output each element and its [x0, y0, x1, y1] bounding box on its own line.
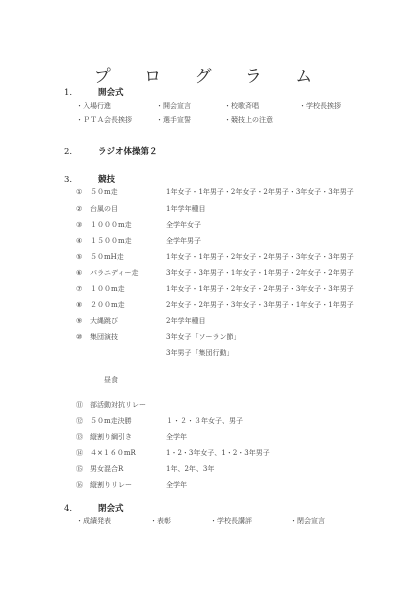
event-name: ５０mH走 — [90, 252, 166, 262]
event-target: 1年、2年、3年 — [166, 464, 214, 474]
event-row: ②台風の目1年学年種目 — [76, 204, 205, 216]
opening-item: ・学校長挨拶 — [299, 101, 341, 111]
event-name: 集団演技 — [90, 332, 166, 342]
section-4-heading: 4.閉会式 — [64, 502, 124, 514]
event-name: １００m走 — [90, 284, 166, 294]
section-label: ラジオ体操第２ — [98, 147, 158, 157]
event-number: ① — [76, 188, 90, 196]
event-target: 全学年女子 — [166, 220, 201, 230]
event-number: ④ — [76, 237, 90, 245]
closing-item: ・成績発表 — [76, 516, 111, 526]
section-number: 1. — [64, 88, 98, 98]
section-label: 開会式 — [98, 88, 124, 98]
event-name: ２００m走 — [90, 300, 166, 310]
opening-item: ・選手宣誓 — [156, 115, 191, 125]
event-row: ⑥パラニディー走3年女子・3年男子・1年女子・1年男子・2年女子・2年男子 — [76, 268, 354, 280]
event-target: 1年女子・1年男子・2年女子・2年男子・3年女子・3年男子 — [166, 187, 354, 197]
event-row: ⑦１００m走1年女子・1年男子・2年女子・2年男子・3年女子・3年男子 — [76, 284, 354, 296]
event-number: ⑯ — [76, 480, 90, 490]
event-name: ５０m走 — [90, 187, 166, 197]
event-target: 2年女子・2年男子・3年女子・3年男子・1年女子・1年男子 — [166, 300, 354, 310]
section-number: 4. — [64, 504, 98, 514]
event-number: ⑬ — [76, 432, 90, 442]
section-number: 2. — [64, 147, 98, 157]
event-target: 全学年 — [166, 480, 187, 490]
event-row: ③１０００m走全学年女子 — [76, 220, 201, 232]
event-target: 全学年男子 — [166, 236, 201, 246]
event-target: 3年女子「ソーラン節」 — [166, 332, 240, 342]
event-target: 全学年 — [166, 432, 187, 442]
event-name: 大縄跳び — [90, 316, 166, 326]
section-1-heading: 1.開会式 — [64, 86, 124, 98]
event-row: ⑮男女混合R1年、2年、3年 — [76, 464, 214, 476]
event-number: ⑨ — [76, 317, 90, 325]
closing-item: ・表彰 — [150, 516, 171, 526]
section-label: 閉会式 — [98, 504, 124, 514]
event-number: ⑥ — [76, 269, 90, 277]
opening-item: ・競技上の注意 — [224, 115, 273, 125]
event-target: 2年学年種目 — [166, 316, 205, 326]
event-number: ③ — [76, 221, 90, 229]
event-number: ⑧ — [76, 301, 90, 309]
opening-item: ・開会宣言 — [156, 101, 191, 111]
event-name: 男女混合R — [90, 464, 166, 474]
event-target: 1年女子・1年男子・2年女子・2年男子・3年女子・3年男子 — [166, 284, 354, 294]
section-label: 競技 — [98, 175, 115, 185]
event-row: ⑤５０mH走1年女子・1年男子・2年女子・2年男子・3年女子・3年男子 — [76, 252, 354, 264]
section-number: 3. — [64, 175, 98, 185]
event-number: ⑦ — [76, 285, 90, 293]
event-name: 縦割り綱引き — [90, 432, 166, 442]
event-row: ⑪部活動対抗リレー — [76, 400, 166, 412]
event-row: ⑫５０m走決勝１・２・３年女子、男子 — [76, 416, 243, 428]
event-number: ⑪ — [76, 400, 90, 410]
lunch-label: 昼食 — [104, 375, 118, 385]
event-row: ⑯縦割りリレー全学年 — [76, 480, 187, 492]
event-row: ⑩集団演技3年女子「ソーラン節」 — [76, 332, 240, 344]
opening-item: ・ＰＴＡ会長挨拶 — [76, 115, 132, 125]
event-name: 部活動対抗リレー — [90, 400, 166, 410]
section-3-heading: 3.競技 — [64, 173, 115, 185]
event-number: ⑫ — [76, 416, 90, 426]
event-name: 縦割りリレー — [90, 480, 166, 490]
event-number: ⑮ — [76, 464, 90, 474]
event-row: ①５０m走1年女子・1年男子・2年女子・2年男子・3年女子・3年男子 — [76, 187, 354, 199]
opening-item: ・校歌斉唱 — [224, 101, 259, 111]
event-target: １・２・３年女子、男子 — [166, 416, 243, 426]
event-name: ５０m走決勝 — [90, 416, 166, 426]
event-target: 1・2・3年女子、1・2・3年男子 — [166, 448, 270, 458]
event-number: ⑭ — [76, 448, 90, 458]
event-name: パラニディー走 — [90, 268, 166, 278]
event-number: ⑤ — [76, 253, 90, 261]
event-row: ⑬縦割り綱引き全学年 — [76, 432, 187, 444]
event-name: ４×１６０mR — [90, 448, 166, 458]
event-name: １０００m走 — [90, 220, 166, 230]
event-row: ⑭４×１６０mR1・2・3年女子、1・2・3年男子 — [76, 448, 270, 460]
event-target: 1年学年種目 — [166, 204, 205, 214]
event-number: ⑩ — [76, 333, 90, 341]
event-row: ④１５００m走全学年男子 — [76, 236, 201, 248]
opening-item: ・入場行進 — [76, 101, 111, 111]
event-name: 台風の目 — [90, 204, 166, 214]
event-target-continuation: 3年男子「集団行動」 — [166, 348, 233, 358]
section-2-heading: 2.ラジオ体操第２ — [64, 145, 158, 157]
event-target: 1年女子・1年男子・2年女子・2年男子・3年女子・3年男子 — [166, 252, 354, 262]
closing-item: ・学校長講評 — [210, 516, 252, 526]
event-name: １５００m走 — [90, 236, 166, 246]
closing-item: ・閉会宣言 — [290, 516, 325, 526]
event-row: ⑨大縄跳び2年学年種目 — [76, 316, 205, 328]
event-row: ⑧２００m走2年女子・2年男子・3年女子・3年男子・1年女子・1年男子 — [76, 300, 354, 312]
page-title: プ ロ グ ラ ム — [0, 62, 420, 87]
event-number: ② — [76, 205, 90, 213]
event-target: 3年女子・3年男子・1年女子・1年男子・2年女子・2年男子 — [166, 268, 354, 278]
